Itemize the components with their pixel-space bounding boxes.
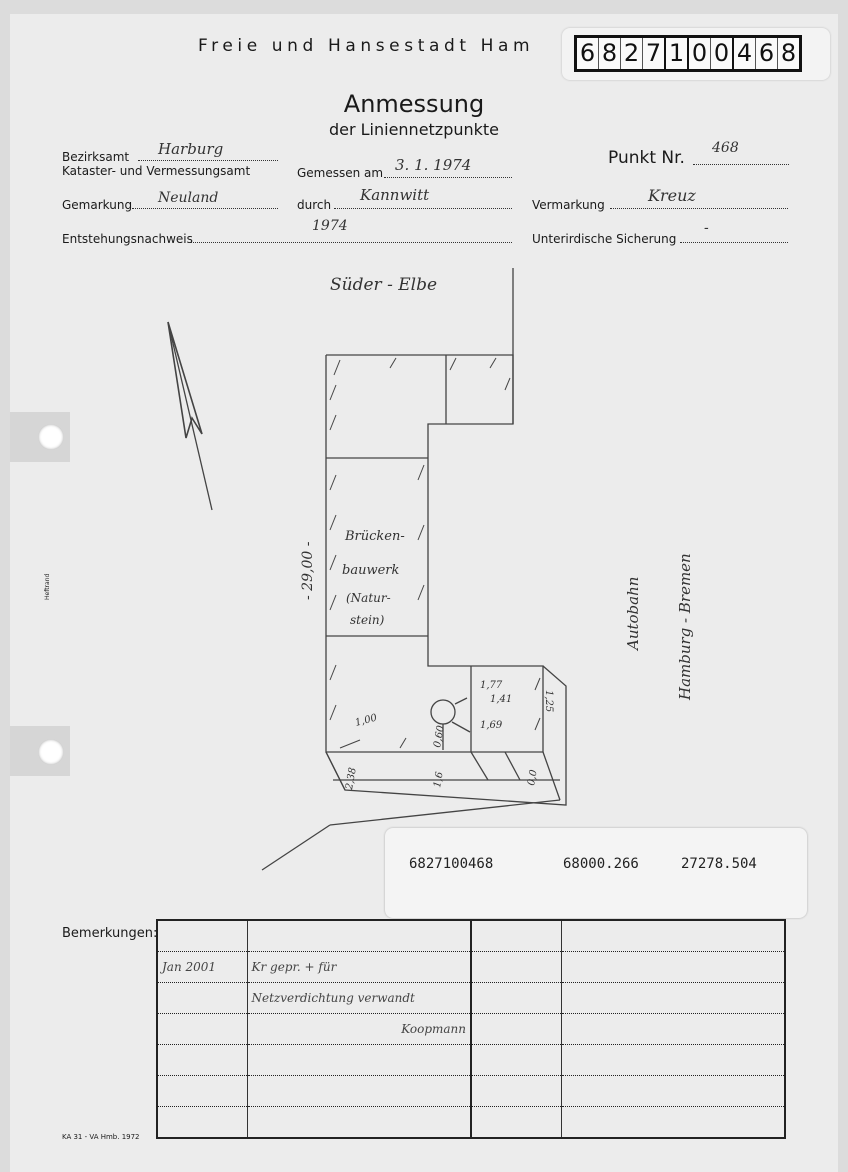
remarks-cell xyxy=(561,1107,785,1139)
remarks-cell xyxy=(561,983,785,1014)
remarks-cell xyxy=(471,1076,561,1107)
north-arrow-icon xyxy=(168,322,212,510)
river-label: Süder - Elbe xyxy=(330,275,437,295)
remarks-table: Jan 2001Kr gepr. + fürNetzverdichtung ve… xyxy=(156,919,786,1139)
table-row: Jan 2001Kr gepr. + für xyxy=(157,952,785,983)
table-row xyxy=(157,1107,785,1139)
remarks-cell xyxy=(247,1076,471,1107)
remarks-cell xyxy=(247,920,471,952)
remarks-cell xyxy=(471,920,561,952)
remarks-cell xyxy=(157,920,247,952)
remarks-cell xyxy=(561,920,785,952)
coordinate-northing: 27278.504 xyxy=(681,856,757,872)
remarks-cell xyxy=(471,1107,561,1139)
remarks-cell: Jan 2001 xyxy=(157,952,247,983)
svg-text:Hamburg - Bremen: Hamburg - Bremen xyxy=(676,553,694,701)
table-row xyxy=(157,1076,785,1107)
svg-text:Autobahn: Autobahn xyxy=(624,577,642,652)
remarks-cell xyxy=(471,983,561,1014)
svg-text:1,6: 1,6 xyxy=(432,770,446,788)
remarks-label: Bemerkungen: xyxy=(62,926,157,941)
table-row xyxy=(157,1045,785,1076)
svg-text:(Natur-: (Natur- xyxy=(346,591,391,605)
remarks-cell: Koopmann xyxy=(247,1014,471,1045)
svg-text:0,60: 0,60 xyxy=(432,724,447,748)
svg-text:stein): stein) xyxy=(350,613,385,627)
table-row: Netzverdichtung verwandt xyxy=(157,983,785,1014)
coordinate-easting: 68000.266 xyxy=(563,856,639,872)
remarks-cell xyxy=(471,1045,561,1076)
svg-text:bauwerk: bauwerk xyxy=(342,563,399,578)
remarks-cell xyxy=(247,1107,471,1139)
svg-text:0,0: 0,0 xyxy=(526,768,540,786)
table-row: Koopmann xyxy=(157,1014,785,1045)
point-id: 6827100468 xyxy=(409,856,493,872)
remarks-cell xyxy=(471,952,561,983)
remarks-cell: Netzverdichtung verwandt xyxy=(247,983,471,1014)
survey-point-marker-icon xyxy=(431,700,455,724)
form-id: KA 31 - VA Hmb. 1972 xyxy=(62,1133,140,1141)
svg-text:- 29,00 -: - 29,00 - xyxy=(300,541,316,600)
svg-text:1,25: 1,25 xyxy=(543,690,554,712)
svg-text:2,38: 2,38 xyxy=(344,767,359,792)
remarks-cell xyxy=(561,1076,785,1107)
remarks-cell xyxy=(157,1076,247,1107)
table-row xyxy=(157,920,785,952)
remarks-cell xyxy=(157,1107,247,1139)
coordinate-sticker: 6827100468 68000.266 27278.504 xyxy=(385,828,807,918)
remarks-cell xyxy=(157,1045,247,1076)
remarks-cell xyxy=(561,952,785,983)
remarks-cell xyxy=(247,1045,471,1076)
remarks-cell: Kr gepr. + für xyxy=(247,952,471,983)
remarks-cell xyxy=(157,983,247,1014)
remarks-cell xyxy=(561,1045,785,1076)
svg-text:Brücken-: Brücken- xyxy=(344,529,405,544)
remarks-cell xyxy=(561,1014,785,1045)
svg-text:1,00: 1,00 xyxy=(354,712,379,729)
svg-text:1,77: 1,77 xyxy=(480,680,503,691)
remarks-cell xyxy=(471,1014,561,1045)
svg-text:1,69: 1,69 xyxy=(480,720,503,731)
remarks-cell xyxy=(157,1014,247,1045)
svg-text:1,41: 1,41 xyxy=(490,694,512,705)
